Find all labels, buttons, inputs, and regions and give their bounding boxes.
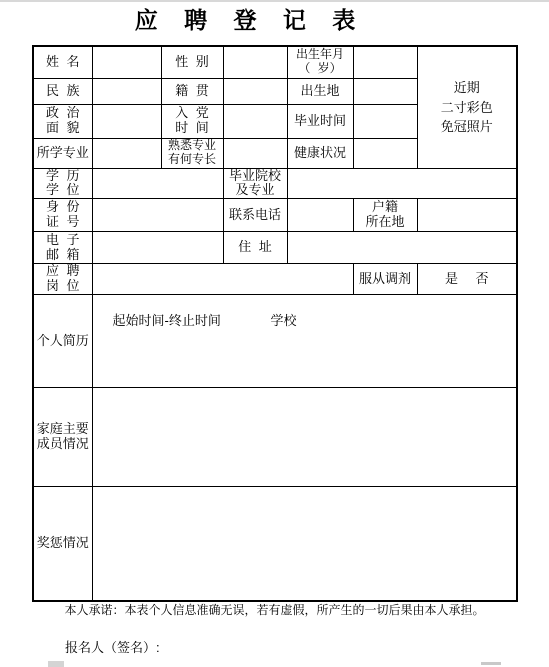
field-value-major[interactable] [92,138,161,168]
resume-header-school: 学校 [270,313,296,328]
field-label-ethnicity: 民 族 [33,78,92,104]
field-label-phone: 联系电话 [223,199,287,232]
resume-column-headers: 起始时间-终止时间 学校 [93,310,517,329]
application-form-table: 姓 名 性 别 出生年月 （ 岁） 近期 二寸彩色 免冠照片 民 族 籍 贯 出… [32,45,518,602]
field-label-school: 毕业院校 及专业 [223,168,287,199]
row-id: 身 份 证 号 联系电话 户籍 所在地 [33,199,517,232]
field-value-gender[interactable] [223,46,287,78]
row-position: 应 聘 岗 位 服从调剂 是 否 [33,264,517,295]
field-label-native-place: 籍 贯 [161,78,223,104]
field-label-party-time: 入 党 时 间 [161,104,223,138]
field-value-ethnicity[interactable] [92,78,161,104]
field-value-birth[interactable] [353,46,417,78]
field-value-id-number[interactable] [92,199,223,232]
field-label-specialty: 熟悉专业 有何专长 [161,138,223,168]
field-label-degree: 学 历 学 位 [33,168,92,199]
field-value-birthplace[interactable] [353,78,417,104]
signature-label: 报名人（签名）: [65,640,160,656]
field-label-major: 所学专业 [33,138,92,168]
field-value-graduation-time[interactable] [353,104,417,138]
row-degree: 学 历 学 位 毕业院校 及专业 [33,168,517,199]
photo-placeholder[interactable]: 近期 二寸彩色 免冠照片 [417,46,517,168]
cropped-page-fragment-right [481,662,501,665]
field-label-household: 户籍 所在地 [353,199,417,232]
field-label-birthplace: 出生地 [287,78,353,104]
field-value-specialty[interactable] [223,138,287,168]
field-value-name[interactable] [92,46,161,78]
row-name: 姓 名 性 别 出生年月 （ 岁） 近期 二寸彩色 免冠照片 [33,46,517,78]
commitment-statement: 本人承诺：本表个人信息准确无误，若有虚假，所产生的一切后果由本人承担。 [0,602,549,618]
field-label-adjustment: 服从调剂 [353,264,417,295]
field-label-email: 电 子 邮 箱 [33,232,92,264]
field-value-health[interactable] [353,138,417,168]
field-value-school[interactable] [287,168,517,199]
resume-header-time: 起始时间-终止时间 [113,313,221,328]
field-label-position: 应 聘 岗 位 [33,264,92,295]
field-value-political-status[interactable] [92,104,161,138]
field-value-party-time[interactable] [223,104,287,138]
page-top-border [0,0,549,2]
form-page: 应 聘 登 记 表 姓 名 性 别 出生年月 （ 岁） 近期 二寸彩色 免冠照片… [0,0,549,667]
family-content-area[interactable] [92,388,517,487]
field-label-family: 家庭主要 成员情况 [33,388,92,487]
field-label-rewards: 奖惩情况 [33,487,92,601]
cropped-page-fragment-left [48,661,64,667]
row-email: 电 子 邮 箱 住 址 [33,232,517,264]
field-label-health: 健康状况 [287,138,353,168]
field-value-position[interactable] [92,264,353,295]
row-resume: 个人简历 起始时间-终止时间 学校 [33,295,517,388]
field-value-email[interactable] [92,232,223,264]
page-title: 应 聘 登 记 表 [0,6,500,34]
field-value-phone[interactable] [287,199,353,232]
field-value-native-place[interactable] [223,78,287,104]
field-label-name: 姓 名 [33,46,92,78]
field-value-household[interactable] [417,199,517,232]
field-value-address[interactable] [287,232,517,264]
resume-content-area[interactable]: 起始时间-终止时间 学校 [92,295,517,388]
row-rewards: 奖惩情况 [33,487,517,601]
field-label-gender: 性 别 [161,46,223,78]
row-family: 家庭主要 成员情况 [33,388,517,487]
field-label-political-status: 政 治 面 貌 [33,104,92,138]
field-label-resume: 个人简历 [33,295,92,388]
field-value-degree[interactable] [92,168,223,199]
field-label-id-number: 身 份 证 号 [33,199,92,232]
field-label-address: 住 址 [223,232,287,264]
adjustment-yes-no-options[interactable]: 是 否 [417,264,517,295]
rewards-content-area[interactable] [92,487,517,601]
field-label-graduation-time: 毕业时间 [287,104,353,138]
field-label-birth: 出生年月 （ 岁） [287,46,353,78]
